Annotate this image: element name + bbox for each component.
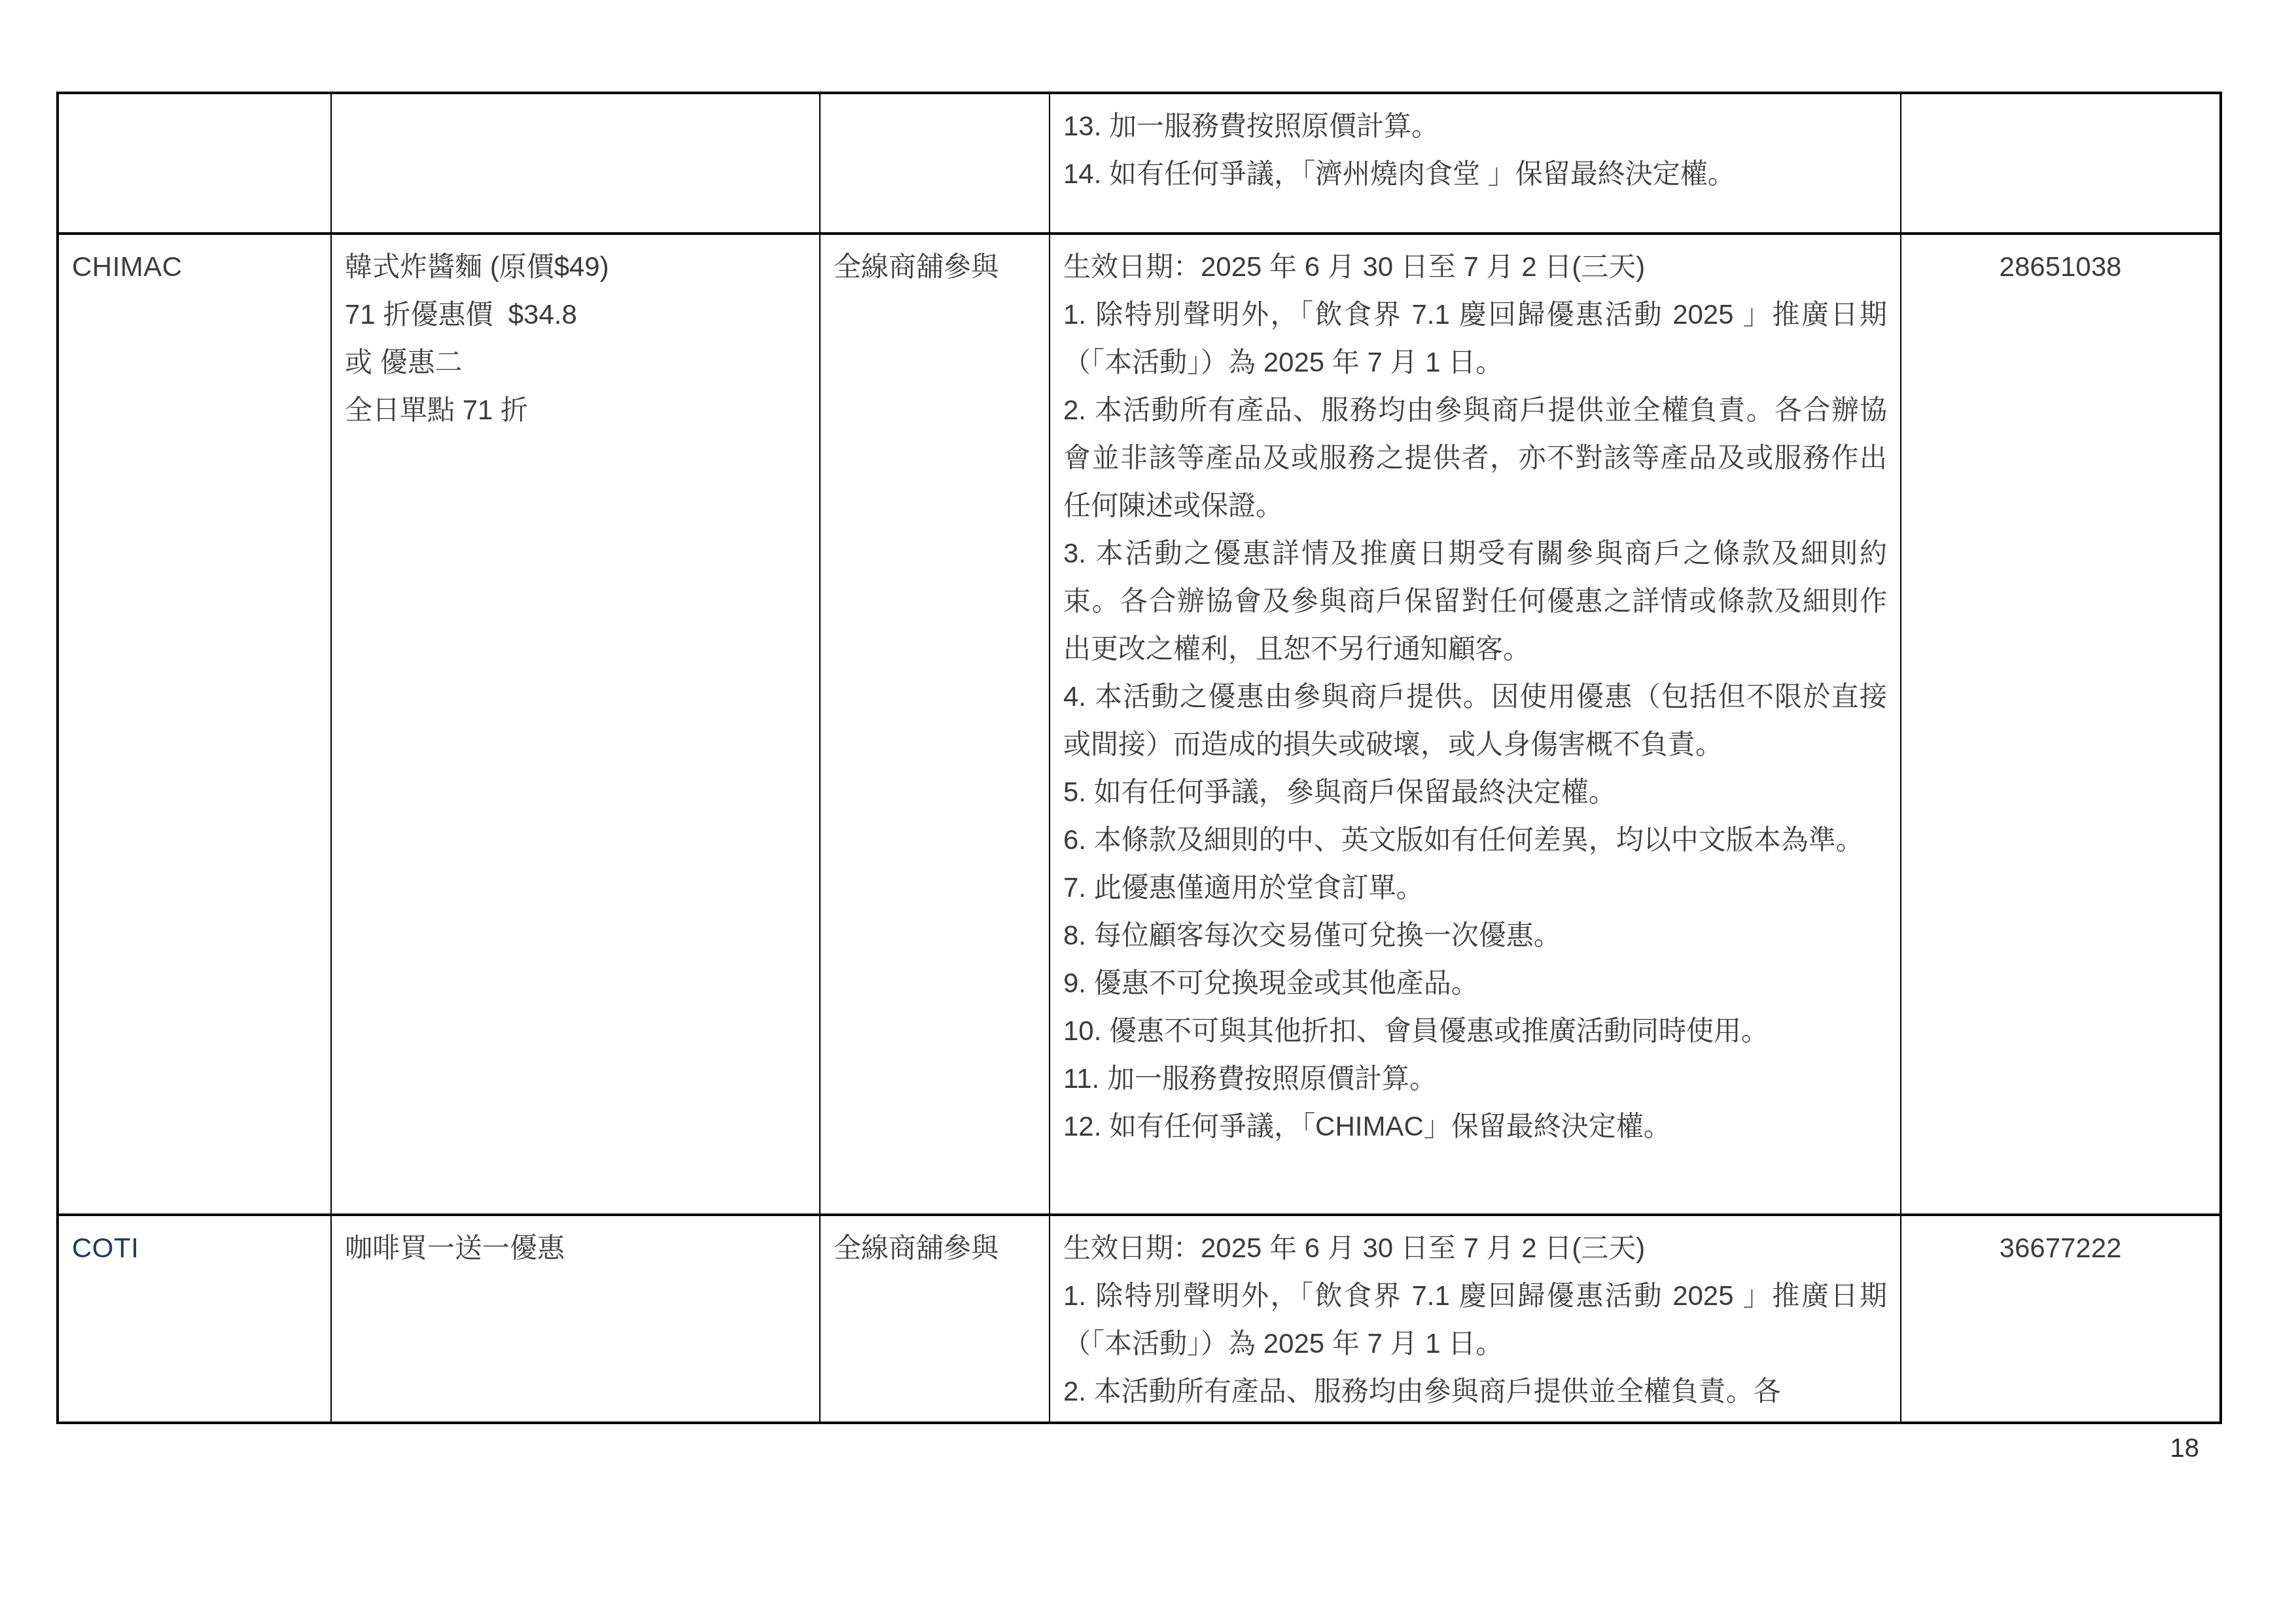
table-row-chimac: CHIMAC 韓式炸醬麵 (原價$49) 71 折優惠價 $34.8 或 優惠二… [58, 234, 2221, 1215]
terms-item: 1. 除特別聲明外，「飲食界 7.1 慶回歸優惠活動 2025 」推廣日期（「本… [1063, 1272, 1887, 1367]
terms-cell: 生效日期：2025 年 6 月 30 日至 7 月 2 日(三天) 1. 除特別… [1050, 1215, 1901, 1423]
table-row-coti: COTI 咖啡買一送一優惠 全線商舖參與 生效日期：2025 年 6 月 30 … [58, 1215, 2221, 1423]
participation-cell: 全線商舖參與 [820, 1215, 1050, 1423]
offer-cell: 咖啡買一送一優惠 [331, 1215, 820, 1423]
terms-item: 5. 如有任何爭議，參與商戶保留最終決定權。 [1063, 768, 1887, 816]
participation-text: 全線商舖參與 [834, 243, 1036, 290]
terms-cell: 生效日期：2025 年 6 月 30 日至 7 月 2 日(三天) 1. 除特別… [1050, 234, 1901, 1215]
terms-item: 12. 如有任何爭議，「CHIMAC」保留最終決定權。 [1063, 1102, 1887, 1150]
phone-number: 28651038 [1901, 234, 2221, 1215]
merchant-name: COTI [58, 1215, 331, 1423]
terms-item: 1. 除特別聲明外，「飲食界 7.1 慶回歸優惠活動 2025 」推廣日期（「本… [1063, 290, 1887, 386]
offer-line: 咖啡買一送一優惠 [345, 1224, 806, 1272]
phone-cell [1901, 93, 2221, 234]
participation-cell: 全線商舖參與 [820, 234, 1050, 1215]
terms-item: 10. 優惠不可與其他折扣、會員優惠或推廣活動同時使用。 [1063, 1007, 1887, 1055]
terms-item: 13. 加一服務費按照原價計算。 [1063, 102, 1887, 150]
terms-item: 14. 如有任何爭議，「濟州燒肉食堂 」保留最終決定權。 [1063, 150, 1887, 198]
merchant-cell [58, 93, 331, 234]
terms-item: 11. 加一服務費按照原價計算。 [1063, 1055, 1887, 1102]
terms-item: 6. 本條款及細則的中、英文版如有任何差異，均以中文版本為準。 [1063, 816, 1887, 864]
phone-number: 36677222 [1901, 1215, 2221, 1423]
terms-cell: 13. 加一服務費按照原價計算。 14. 如有任何爭議，「濟州燒肉食堂 」保留最… [1050, 93, 1901, 234]
offer-line: 全日單點 71 折 [345, 386, 806, 434]
offer-line: 71 折優惠價 $34.8 [345, 290, 806, 338]
terms-item: 7. 此優惠僅適用於堂食訂單。 [1063, 864, 1887, 911]
terms-effective-date: 生效日期：2025 年 6 月 30 日至 7 月 2 日(三天) [1063, 243, 1887, 290]
offer-line: 或 優惠二 [345, 338, 806, 386]
participation-text: 全線商舖參與 [834, 1224, 1036, 1272]
participation-cell [820, 93, 1050, 234]
merchant-name: CHIMAC [58, 234, 331, 1215]
terms-item: 3. 本活動之優惠詳情及推廣日期受有關參與商戶之條款及細則約束。各合辦協會及參與… [1063, 529, 1887, 672]
terms-item: 9. 優惠不可兌換現金或其他產品。 [1063, 959, 1887, 1007]
page-number: 18 [2170, 1434, 2200, 1463]
terms-effective-date: 生效日期：2025 年 6 月 30 日至 7 月 2 日(三天) [1063, 1224, 1887, 1272]
document-page: 13. 加一服務費按照原價計算。 14. 如有任何爭議，「濟州燒肉食堂 」保留最… [0, 0, 2296, 1623]
terms-item: 2. 本活動所有產品、服務均由參與商戶提供並全權負責。各合辦協會並非該等產品及或… [1063, 386, 1887, 529]
offer-cell [331, 93, 820, 234]
terms-item: 2. 本活動所有產品、服務均由參與商戶提供並全權負責。各 [1063, 1367, 1887, 1415]
terms-item: 4. 本活動之優惠由參與商戶提供。因使用優惠（包括但不限於直接或間接）而造成的損… [1063, 672, 1887, 768]
table-row-continuation: 13. 加一服務費按照原價計算。 14. 如有任何爭議，「濟州燒肉食堂 」保留最… [58, 93, 2221, 234]
offer-line: 韓式炸醬麵 (原價$49) [345, 243, 806, 290]
offer-cell: 韓式炸醬麵 (原價$49) 71 折優惠價 $34.8 或 優惠二 全日單點 7… [331, 234, 820, 1215]
terms-item: 8. 每位顧客每次交易僅可兌換一次優惠。 [1063, 911, 1887, 959]
offers-table: 13. 加一服務費按照原價計算。 14. 如有任何爭議，「濟州燒肉食堂 」保留最… [56, 92, 2222, 1424]
